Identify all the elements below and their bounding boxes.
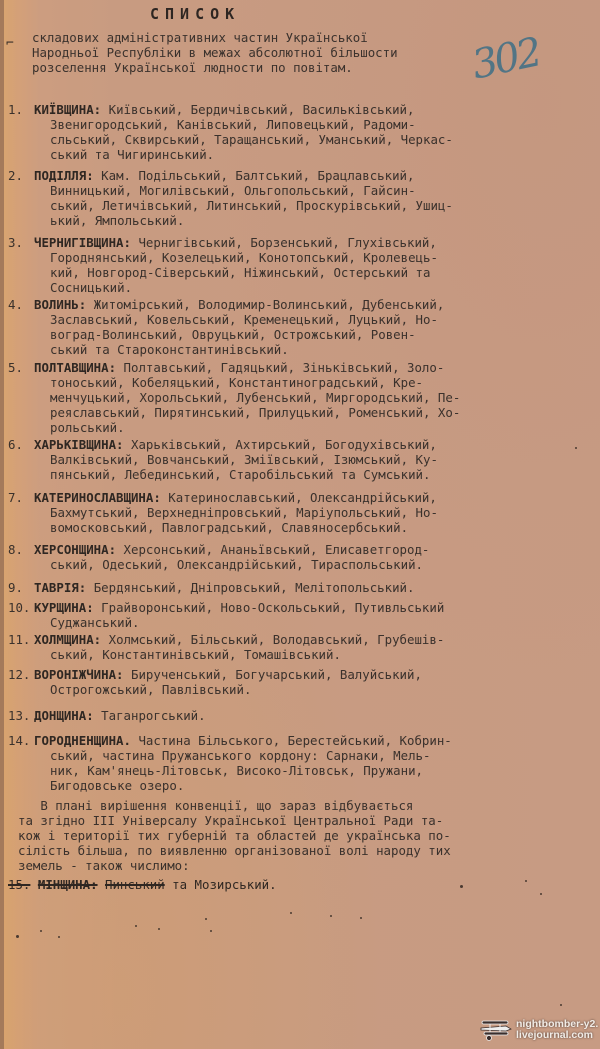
entry-line: 14.ГОРОДНЕНЩИНА. Частина Більського, Бер… — [8, 733, 568, 748]
entry-line: ський та Староконстантинівський. — [8, 342, 568, 357]
entry-line: 13.ДОНЩИНА: Таганрогський. — [8, 708, 568, 723]
entry-line: 1.КИЇВЩИНА: Київський, Бердичівський, Ва… — [8, 102, 568, 117]
entry-number: 11. — [8, 632, 34, 647]
entry-line: ький, Ямпольський. — [8, 213, 568, 228]
list-entry: 11.ХОЛМЩИНА: Холмський, Більський, Волод… — [8, 632, 568, 662]
entry-line: вомосковський, Павлоградський, Славяносе… — [8, 520, 568, 535]
entry-region: ГОРОДНЕНЩИНА. — [34, 733, 131, 748]
entry-line: 4.ВОЛИНЬ: Житомірський, Володимир-Волинс… — [8, 297, 568, 312]
entry-line: 10.КУРЩИНА: Грайворонський, Ново-Оскольс… — [8, 600, 568, 615]
entry-line: 9.ТАВРІЯ: Бердянський, Дніпровський, Мел… — [8, 580, 568, 595]
paper-speck — [16, 935, 19, 938]
entry-number: 7. — [8, 490, 34, 505]
list-entry: 1.КИЇВЩИНА: Київський, Бердичівський, Ва… — [8, 102, 568, 162]
entry-region: ХЕРСОНЩИНА: — [34, 542, 116, 557]
entry-region: ПОЛТАВЩИНА: — [34, 360, 116, 375]
entry-region: КУРЩИНА: — [34, 600, 94, 615]
entry-districts: Кам. Подільський, Балтський, Брацлавськи… — [101, 168, 414, 183]
list-entry: 7.КАТЕРИНОСЛАВЩИНА: Катеринославський, О… — [8, 490, 568, 535]
watermark: nightbomber-y2. livejournal.com — [478, 1018, 598, 1042]
entry-number: 5. — [8, 360, 34, 375]
entry-line: ник, Кам'янець-Літовськ, Високо-Літовськ… — [8, 763, 568, 778]
entry-line: 8.ХЕРСОНЩИНА: Херсонський, Ананьївський,… — [8, 542, 568, 557]
entry-districts: Катеринославський, Олександрійський, — [168, 490, 437, 505]
paper-speck — [135, 925, 137, 927]
page-edge — [0, 0, 4, 1049]
watermark-line2: livejournal.com — [516, 1030, 598, 1041]
dash-mark: ⌐ — [6, 36, 14, 51]
entry-districts: Полтавський, Гадяцький, Зіньківський, Зо… — [124, 360, 445, 375]
final-entry-number: 15. — [8, 877, 30, 892]
paper-speck — [360, 917, 362, 919]
entry-districts: Бердянський, Дніпровський, Мелітопольськ… — [94, 580, 415, 595]
entry-number: 9. — [8, 580, 34, 595]
final-entry-rest: та Мозирський. — [165, 877, 277, 892]
paragraph-line: та згідно III Універсалу Української Цен… — [18, 813, 443, 828]
entry-line: ський, Одеський, Олександрійський, Тирас… — [8, 557, 568, 572]
paper-speck — [290, 912, 292, 914]
entry-line: менчуцький, Хорольський, Лубенський, Мир… — [8, 390, 568, 405]
list-entry: 3.ЧЕРНИГІВЩИНА: Чернигівський, Борзенськ… — [8, 235, 568, 295]
paper-speck — [575, 447, 577, 449]
entry-line: пянський, Лебединський, Старобільський т… — [8, 467, 568, 482]
paper-speck — [210, 930, 212, 932]
list-entry: 6.ХАРЬКІВЩИНА: Харьківський, Ахтирський,… — [8, 437, 568, 482]
list-entry: 10.КУРЩИНА: Грайворонський, Ново-Оскольс… — [8, 600, 568, 630]
entry-line: Сосницький. — [8, 280, 568, 295]
entry-line: кий, Новгород-Сіверський, Ніжинський, Ос… — [8, 265, 568, 280]
entry-region: ПОДІЛЛЯ: — [34, 168, 94, 183]
entry-region: ТАВРІЯ: — [34, 580, 86, 595]
entry-number: 3. — [8, 235, 34, 250]
entry-number: 6. — [8, 437, 34, 452]
entry-line: Заславський, Ковельський, Кременецький, … — [8, 312, 568, 327]
entry-region: ХАРЬКІВЩИНА: — [34, 437, 124, 452]
entry-number: 13. — [8, 708, 34, 723]
entry-districts: Грайворонський, Ново-Оскольський, Путивл… — [101, 600, 444, 615]
list-entry: 4.ВОЛИНЬ: Житомірський, Володимир-Волинс… — [8, 297, 568, 357]
entry-line: 11.ХОЛМЩИНА: Холмський, Більський, Волод… — [8, 632, 568, 647]
entry-region: ХОЛМЩИНА: — [34, 632, 101, 647]
paragraph-line: земель - також числимо: — [18, 858, 190, 873]
entry-districts: Житомірський, Володимир-Волинський, Дубе… — [94, 297, 445, 312]
paragraph-line: В плані вирішення конвенції, що зараз ві… — [18, 798, 413, 813]
final-entry: 15. МІНЩИНА: Пинський та Мозирський. — [8, 877, 277, 892]
entry-line: ський, Летичівський, Литинський, Проскур… — [8, 198, 568, 213]
entry-line: реяславський, Пирятинський, Прилуцький, … — [8, 405, 568, 420]
archive-number-handwritten: 302 — [468, 30, 543, 89]
entry-region: КАТЕРИНОСЛАВЩИНА: — [34, 490, 161, 505]
list-entry: 9.ТАВРІЯ: Бердянський, Дніпровський, Мел… — [8, 580, 568, 595]
entry-districts: Бирученський, Богучарський, Валуйський, — [131, 667, 422, 682]
paper-speck — [58, 936, 60, 938]
entry-line: ський та Чигиринський. — [8, 147, 568, 162]
entry-number: 4. — [8, 297, 34, 312]
list-entry: 8.ХЕРСОНЩИНА: Херсонський, Ананьївський,… — [8, 542, 568, 572]
entry-line: Звенигородський, Канівський, Липовецький… — [8, 117, 568, 132]
entry-line: 6.ХАРЬКІВЩИНА: Харьківський, Ахтирський,… — [8, 437, 568, 452]
entry-line: Валківський, Вовчанський, Зміївський, Із… — [8, 452, 568, 467]
subtitle-line: складових адміністративних частин Україн… — [32, 30, 368, 45]
entry-line: Винницький, Могилівський, Ольгопольський… — [8, 183, 568, 198]
entry-line: сльський, Сквирський, Таращанський, Уман… — [8, 132, 568, 147]
entry-line: ський, Константинівський, Томашівський. — [8, 647, 568, 662]
list-entry: 5.ПОЛТАВЩИНА: Полтавський, Гадяцький, Зі… — [8, 360, 568, 435]
entry-line: 5.ПОЛТАВЩИНА: Полтавський, Гадяцький, Зі… — [8, 360, 568, 375]
entry-districts: Чернигівський, Борзенський, Глухівський, — [138, 235, 436, 250]
entry-line: Суджанський. — [8, 615, 568, 630]
entry-districts: Харьківський, Ахтирський, Богодухівський… — [131, 437, 437, 452]
paper-speck — [330, 915, 332, 917]
document-subtitle: складових адміністративних частин Україн… — [32, 30, 452, 75]
closing-paragraph: В плані вирішення конвенції, що зараз ві… — [18, 798, 578, 873]
entry-line: 3.ЧЕРНИГІВЩИНА: Чернигівський, Борзенськ… — [8, 235, 568, 250]
list-entry: 2.ПОДІЛЛЯ: Кам. Подільський, Балтський, … — [8, 168, 568, 228]
entry-region: ВОЛИНЬ: — [34, 297, 86, 312]
paper-speck — [205, 918, 207, 920]
paper-speck — [40, 930, 42, 932]
entry-line: 12.ВОРОНІЖЧИНА: Бирученський, Богучарськ… — [8, 667, 568, 682]
entry-line: 7.КАТЕРИНОСЛАВЩИНА: Катеринославський, О… — [8, 490, 568, 505]
subtitle-line: розселення Української людности по повіт… — [32, 60, 353, 75]
entry-districts: Київський, Бердичівський, Васильківський… — [109, 102, 415, 117]
final-entry-region: МІНЩИНА: — [38, 877, 98, 892]
entry-line: воград-Волинський, Овруцький, Острожськи… — [8, 327, 568, 342]
entry-number: 14. — [8, 733, 34, 748]
document-title: СПИСОК — [150, 5, 240, 23]
entry-line: Острогожський, Павлівський. — [8, 682, 568, 697]
entry-region: ЧЕРНИГІВЩИНА: — [34, 235, 131, 250]
entry-line: Бахмутський, Верхнедніпровський, Маріупо… — [8, 505, 568, 520]
entry-districts: Херсонський, Ананьївський, Елисаветгород… — [124, 542, 430, 557]
entry-region: КИЇВЩИНА: — [34, 102, 101, 117]
list-entry: 12.ВОРОНІЖЧИНА: Бирученський, Богучарськ… — [8, 667, 568, 697]
entry-districts: Частина Більського, Берестейський, Кобри… — [138, 733, 451, 748]
subtitle-line: Народньої Республіки в межах абсолютної … — [32, 45, 398, 60]
entry-districts: Таганрогський. — [101, 708, 205, 723]
paper-speck — [460, 885, 463, 888]
paper-speck — [540, 893, 542, 895]
paragraph-line: сілість більша, по виявленню організован… — [18, 843, 451, 858]
list-entry: 14.ГОРОДНЕНЩИНА. Частина Більського, Бер… — [8, 733, 568, 793]
entry-line: Бигодовське озеро. — [8, 778, 568, 793]
entry-region: ВОРОНІЖЧИНА: — [34, 667, 124, 682]
entry-region: ДОНЩИНА: — [34, 708, 94, 723]
entry-districts: Холмський, Більський, Володавський, Груб… — [109, 632, 445, 647]
final-entry-struck: Пинський — [105, 877, 165, 892]
entry-number: 10. — [8, 600, 34, 615]
entry-line: рольський. — [8, 420, 568, 435]
entry-line: 2.ПОДІЛЛЯ: Кам. Подільський, Балтський, … — [8, 168, 568, 183]
biplane-icon — [478, 1018, 514, 1042]
entry-line: тоноський, Кобеляцький, Константиноградс… — [8, 375, 568, 390]
entry-number: 8. — [8, 542, 34, 557]
paper-speck — [560, 1004, 562, 1006]
entry-line: Городнянський, Козелецький, Конотопський… — [8, 250, 568, 265]
paragraph-line: кож і території тих губерній та областей… — [18, 828, 451, 843]
paper-speck — [158, 928, 160, 930]
entry-number: 2. — [8, 168, 34, 183]
document-page: СПИСОК ⌐ складових адміністративних част… — [0, 0, 600, 1049]
paper-speck — [525, 880, 527, 882]
entry-number: 1. — [8, 102, 34, 117]
entry-line: ський, частина Пружанського кордону: Сар… — [8, 748, 568, 763]
list-entry: 13.ДОНЩИНА: Таганрогський. — [8, 708, 568, 723]
entry-number: 12. — [8, 667, 34, 682]
